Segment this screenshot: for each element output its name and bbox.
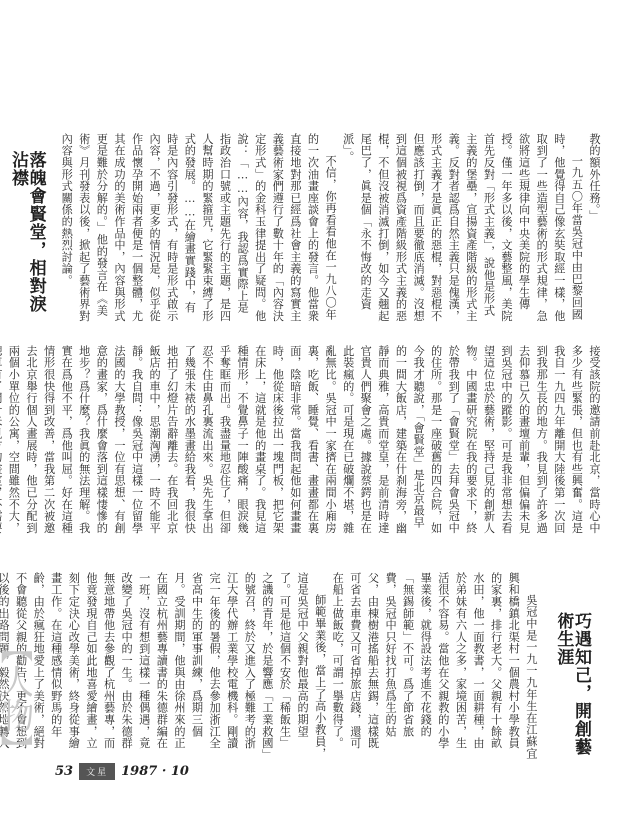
- issue-date: 1987 · 10: [121, 764, 189, 779]
- magazine-name: 文星: [79, 763, 115, 780]
- page-number: 53: [55, 764, 73, 779]
- paragraph: 一九五〇年當吳冠中由巴黎回國時，他覺得自己像玄奘取經一樣，他取到了一些造型藝術的…: [339, 133, 585, 325]
- paragraph: 接受該院的邀請前赴北京，當時心中多少有些緊張，但也有些興奮。這是我自一九四九年離…: [0, 345, 603, 539]
- page-footer: 53 文星 1987 · 10: [55, 762, 189, 780]
- text-band-middle: 接受該院的邀請前赴北京，當時心中多少有些緊張，但也有些興奮。這是我自一九四九年離…: [58, 345, 603, 539]
- section-heading: 巧遇知己，開創藝術生涯: [554, 572, 589, 760]
- text-band-lower: 巧遇知己，開創藝術生涯 吳冠中是一九一九年生在江蘇宜興和橋鎮北渠村一個農村小學教…: [58, 572, 603, 760]
- paragraph: 師範畢業後，當上了高小教員，這是吳冠中父親對他最高的期望了。可是他這個不安於「稀…: [0, 572, 329, 760]
- paragraph: 不信，你再看看他在一九八〇年的一次油畫座談會上的發言。他當衆直接地對那已經爲社會…: [58, 133, 340, 325]
- section-decoration: 【人物】: [0, 630, 32, 750]
- paragraph: 吳冠中是一九一九年生在江蘇宜興和橋鎮北渠村一個農村小學教員的家裏，排行老大。父親…: [329, 572, 540, 760]
- text-band-upper: 教的額外任務。」 一九五〇年當吳冠中由巴黎回國時，他覺得自己像玄奘取經一樣，他取…: [58, 133, 603, 325]
- section-heading: 落魄會賢堂，相對淚沾襟: [8, 133, 43, 325]
- paragraph: 教的額外任務。」: [585, 133, 603, 325]
